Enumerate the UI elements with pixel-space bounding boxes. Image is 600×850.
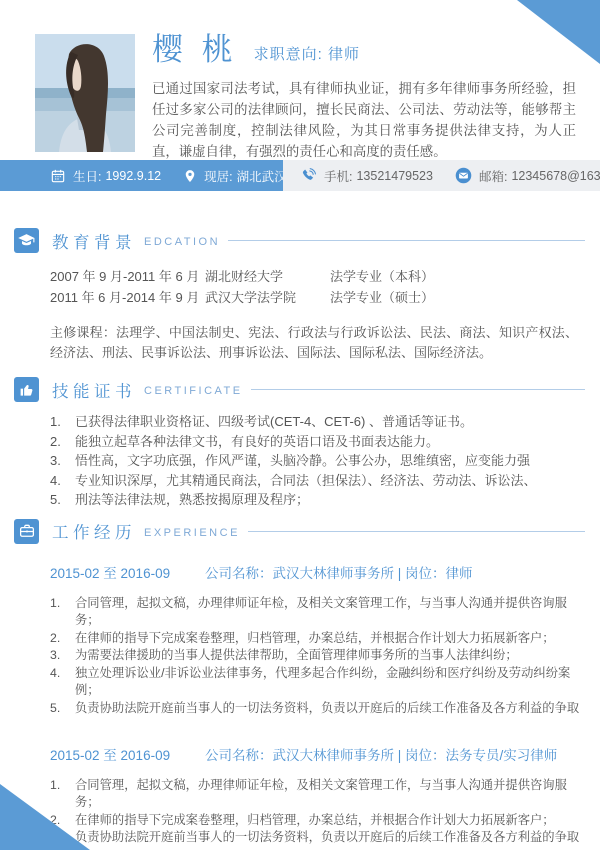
item-number: 1.: [50, 777, 75, 812]
section-divider-line: [228, 240, 585, 241]
birthday-value: 1992.9.12: [105, 169, 161, 183]
location-pin-icon: [183, 168, 197, 184]
experience-title-en: EXPERIENCE: [144, 524, 240, 539]
job-duty: 2. 在律师的指导下完成案卷整理，归档管理，办案总结，并根据合作计划大力拓展新客…: [50, 630, 588, 648]
item-number: 4.: [50, 471, 75, 491]
education-title-en: EDCATION: [144, 233, 220, 248]
certificate-title-en: CERTIFICATE: [144, 382, 243, 397]
residence-value: 湖北武汉: [237, 167, 287, 185]
thumbs-up-icon: [14, 377, 39, 402]
education-major: 法学专业（硕士）: [330, 287, 585, 308]
item-text: 独立处理诉讼业/非诉讼业法律事务，代理多起合作纠纷，金融纠纷和医疗纠纷及劳动纠纷…: [75, 665, 588, 700]
section-divider-line: [251, 389, 585, 390]
phone-label: 手机:: [324, 167, 352, 185]
item-text: 合同管理，起拟文稿，办理律师证年检，及相关文案管理工作，与当事人沟通并提供咨询服…: [75, 595, 588, 630]
education-entries: 2007 年 9 月-2011 年 6 月 湖北财经大学 法学专业（本科） 20…: [50, 266, 585, 308]
job-duty: 3. 为需要法律援助的当事人提供法律帮助，全面管理律师事务所的当事人法律纠纷；: [50, 647, 588, 665]
job-duty-list: 1. 合同管理，起拟文稿，办理律师证年检，及相关文案管理工作，与当事人沟通并提供…: [50, 777, 588, 847]
contact-bar: 生日: 1992.9.12 现居: 湖北武汉: [0, 160, 600, 191]
certificate-item: 1. 已获得法律职业资格证、四级考试(CET-4、CET-6) 、普通话等证书。: [50, 412, 588, 432]
resume-page: 樱 桃 求职意向: 律师 已通过国家司法考试，具有律师执业证，拥有多年律师事务所…: [0, 0, 600, 850]
job-duty: 2. 在律师的指导下完成案卷整理，归档管理，办案总结，并根据合作计划大力拓展新客…: [50, 812, 588, 830]
item-text: 在律师的指导下完成案卷整理，归档管理，办案总结，并根据合作计划大力拓展新客户；: [75, 630, 588, 648]
education-entry: 2007 年 9 月-2011 年 6 月 湖北财经大学 法学专业（本科）: [50, 266, 585, 287]
item-text: 合同管理，起拟文稿，办理律师证年检，及相关文案管理工作，与当事人沟通并提供咨询服…: [75, 777, 588, 812]
job-duty: 5. 负责协助法院开庭前当事人的一切法务资料，负责以开庭后的后续工作准备及各方利…: [50, 700, 588, 718]
item-number: 1.: [50, 595, 75, 630]
briefcase-icon: [14, 519, 39, 544]
job-duty-list: 1. 合同管理，起拟文稿，办理律师证年检，及相关文案管理工作，与当事人沟通并提供…: [50, 595, 588, 718]
item-text: 专业知识深厚，尤其精通民商法，合同法（担保法）、经济法、劳动法、诉讼法、: [75, 471, 588, 491]
education-school: 武汉大学法学院: [205, 287, 330, 308]
certificate-item: 4. 专业知识深厚，尤其精通民商法，合同法（担保法）、经济法、劳动法、诉讼法、: [50, 471, 588, 491]
job-duty: 1. 合同管理，起拟文稿，办理律师证年检，及相关文案管理工作，与当事人沟通并提供…: [50, 777, 588, 812]
certificate-item: 5. 刑法等法律法规，熟悉按揭原理及程序；: [50, 490, 588, 510]
email-item: 邮箱: 12345678@163.com: [455, 167, 600, 185]
job-period: 2015-02 至 2016-09: [50, 744, 205, 764]
residence-item: 现居: 湖北武汉: [183, 167, 287, 185]
email-label: 邮箱:: [479, 167, 507, 185]
job-duty: 4. 独立处理诉讼业/非诉讼业法律事务，代理多起合作纠纷，金融纠纷和医疗纠纷及劳…: [50, 665, 588, 700]
header-text-block: 樱 桃 求职意向: 律师 已通过国家司法考试，具有律师执业证，拥有多年律师事务所…: [152, 34, 582, 160]
job-duty: 1. 合同管理，起拟文稿，办理律师证年检，及相关文案管理工作，与当事人沟通并提供…: [50, 595, 588, 630]
residence-label: 现居:: [204, 167, 232, 185]
item-number: 2.: [50, 630, 75, 648]
item-text: 负责协助法院开庭前当事人的一切法务资料，负责以开庭后的后续工作准备及各方利益的争…: [75, 700, 588, 718]
item-number: 3.: [50, 647, 75, 665]
section-divider-line: [248, 531, 585, 532]
graduation-cap-icon: [14, 228, 39, 253]
job-period: 2015-02 至 2016-09: [50, 562, 205, 582]
phone-value: 13521479523: [356, 169, 432, 183]
certificate-list: 1. 已获得法律职业资格证、四级考试(CET-4、CET-6) 、普通话等证书。…: [50, 412, 588, 510]
self-summary: 已通过国家司法考试，具有律师执业证，拥有多年律师事务所经验，担任过多家公司的法律…: [152, 78, 582, 162]
item-number: 3.: [50, 451, 75, 471]
mail-icon: [455, 167, 472, 184]
item-text: 悟性高，文字功底强，作风严谨，头脑冷静。公事公办，思维缜密，应变能力强: [75, 451, 588, 471]
job-header: 2015-02 至 2016-09 公司名称：武汉大林律师事务所 | 岗位：律师: [50, 562, 585, 582]
education-major: 法学专业（本科）: [330, 266, 585, 287]
candidate-name: 樱 桃: [152, 34, 238, 67]
education-period: 2011 年 6 月-2014 年 9 月: [50, 287, 205, 308]
item-text: 负责协助法院开庭前当事人的一切法务资料，负责以开庭后的后续工作准备及各方利益的争…: [75, 829, 588, 847]
birthday-item: 生日: 1992.9.12: [50, 167, 161, 185]
contact-bar-right: 手机: 13521479523 邮箱: 12345678@163.com: [283, 160, 600, 191]
certificate-item: 2. 能独立起草各种法律文书，有良好的英语口语及书面表达能力。: [50, 432, 588, 452]
item-number: 5.: [50, 490, 75, 510]
job-intention: 求职意向: 律师: [254, 43, 360, 67]
experience-title-cn: 工作经历: [52, 519, 136, 543]
job-company-position: 公司名称：武汉大林律师事务所 | 岗位：律师: [205, 562, 585, 582]
certificate-item: 3. 悟性高，文字功底强，作风严谨，头脑冷静。公事公办，思维缜密，应变能力强: [50, 451, 588, 471]
email-value: 12345678@163.com: [511, 169, 600, 183]
job-duty: 3. 负责协助法院开庭前当事人的一切法务资料，负责以开庭后的后续工作准备及各方利…: [50, 829, 588, 847]
certificate-title-cn: 技能证书: [52, 378, 136, 402]
job-header: 2015-02 至 2016-09 公司名称：武汉大林律师事务所 | 岗位：法务…: [50, 744, 585, 764]
item-number: 1.: [50, 412, 75, 432]
header: 樱 桃 求职意向: 律师 已通过国家司法考试，具有律师执业证，拥有多年律师事务所…: [0, 0, 600, 160]
job-company-position: 公司名称：武汉大林律师事务所 | 岗位：法务专员/实习律师: [205, 744, 585, 764]
certificate-section-header: 技能证书 CERTIFICATE: [14, 377, 585, 402]
birthday-label: 生日:: [73, 167, 101, 185]
education-period: 2007 年 9 月-2011 年 6 月: [50, 266, 205, 287]
contact-bar-left: 生日: 1992.9.12 现居: 湖北武汉: [0, 160, 283, 191]
name-row: 樱 桃 求职意向: 律师: [152, 34, 582, 67]
phone-item: 手机: 13521479523: [300, 167, 433, 185]
phone-icon: [300, 167, 317, 184]
education-section-header: 教育背景 EDCATION: [14, 228, 585, 253]
education-entry: 2011 年 6 月-2014 年 9 月 武汉大学法学院 法学专业（硕士）: [50, 287, 585, 308]
profile-photo: [35, 34, 135, 152]
calendar-icon: [50, 168, 66, 184]
item-text: 能独立起草各种法律文书，有良好的英语口语及书面表达能力。: [75, 432, 588, 452]
experience-section-header: 工作经历 EXPERIENCE: [14, 519, 585, 544]
item-text: 为需要法律援助的当事人提供法律帮助，全面管理律师事务所的当事人法律纠纷；: [75, 647, 588, 665]
item-number: 4.: [50, 665, 75, 700]
education-school: 湖北财经大学: [205, 266, 330, 287]
item-text: 已获得法律职业资格证、四级考试(CET-4、CET-6) 、普通话等证书。: [75, 412, 588, 432]
education-title-cn: 教育背景: [52, 229, 136, 253]
item-number: 5.: [50, 700, 75, 718]
major-courses: 主修课程：法理学、中国法制史、宪法、行政法与行政诉讼法、民法、商法、知识产权法、…: [50, 323, 578, 363]
item-text: 在律师的指导下完成案卷整理，归档管理，办案总结，并根据合作计划大力拓展新客户；: [75, 812, 588, 830]
item-number: 2.: [50, 432, 75, 452]
item-text: 刑法等法律法规，熟悉按揭原理及程序；: [75, 490, 588, 510]
